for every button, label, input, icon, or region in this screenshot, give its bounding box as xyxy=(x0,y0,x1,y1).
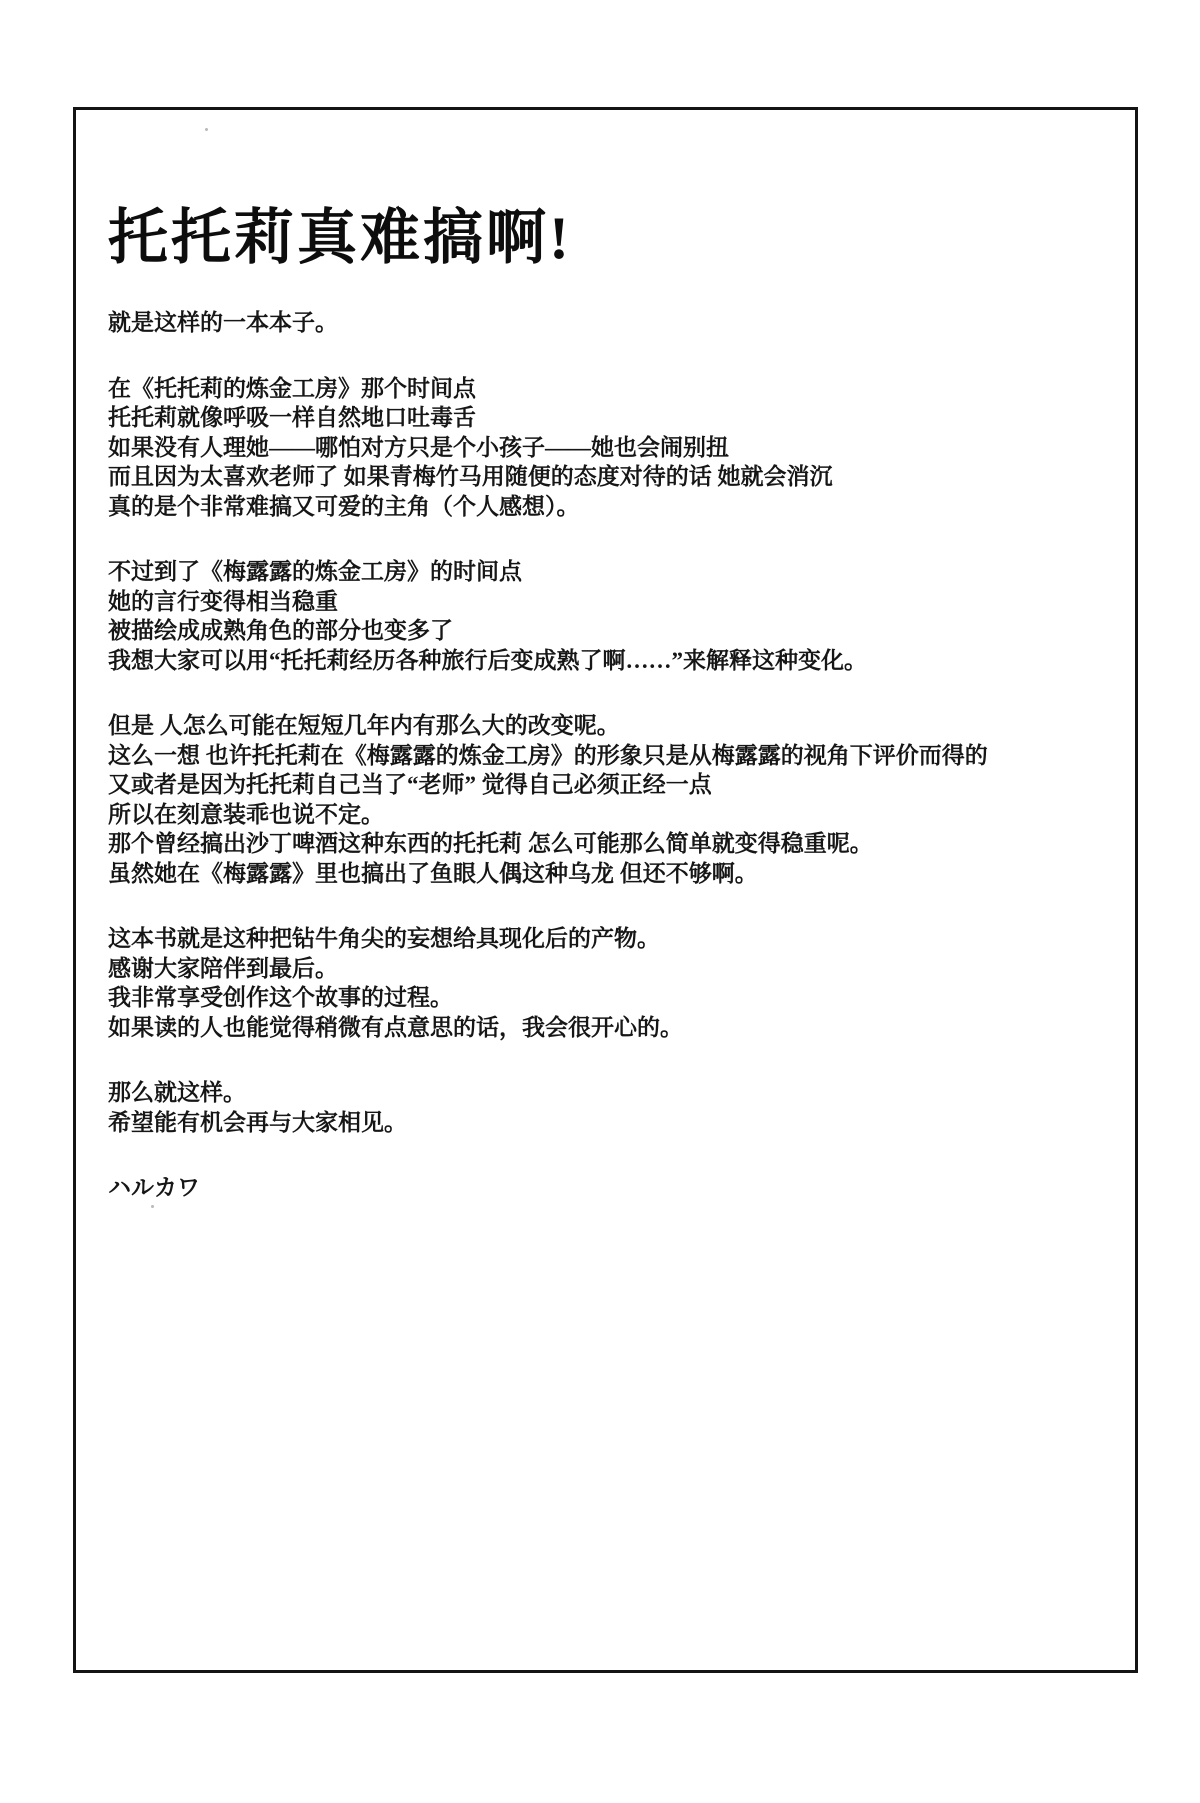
text-line: 真的是个非常难搞又可爱的主角（个人感想）。 xyxy=(108,492,1099,522)
paragraph: 但是 人怎么可能在短短几年内有那么大的改变呢。这么一想 也许托托莉在《梅露露的炼… xyxy=(108,711,1099,888)
page-border-frame: 托托莉真难搞啊! 就是这样的一本本子。在《托托莉的炼金工房》那个时间点托托莉就像… xyxy=(73,107,1138,1673)
text-line: 如果没有人理她——哪怕对方只是个小孩子——她也会闹别扭 xyxy=(108,433,1099,463)
page-content: 托托莉真难搞啊! 就是这样的一本本子。在《托托莉的炼金工房》那个时间点托托莉就像… xyxy=(76,110,1135,1203)
paragraph: 那么就这样。希望能有机会再与大家相见。 xyxy=(108,1078,1099,1137)
paragraph: 不过到了《梅露露的炼金工房》的时间点她的言行变得相当稳重被描绘成成熟角色的部分也… xyxy=(108,557,1099,675)
text-line: 我非常享受创作这个故事的过程。 xyxy=(108,983,1099,1013)
paragraph: 这本书就是这种把钻牛角尖的妄想给具现化后的产物。感谢大家陪伴到最后。我非常享受创… xyxy=(108,924,1099,1042)
scan-speck xyxy=(151,1205,154,1208)
paragraph: 就是这样的一本本子。 xyxy=(108,308,1099,338)
scan-speck xyxy=(205,128,208,131)
signature: ハルカワ xyxy=(108,1173,1099,1203)
text-line: 如果读的人也能觉得稍微有点意思的话，我会很开心的。 xyxy=(108,1013,1099,1043)
text-line: 这么一想 也许托托莉在《梅露露的炼金工房》的形象只是从梅露露的视角下评价而得的 xyxy=(108,741,1099,771)
text-line: 又或者是因为托托莉自己当了“老师” 觉得自己必须正经一点 xyxy=(108,770,1099,800)
text-line: 我想大家可以用“托托莉经历各种旅行后变成熟了啊……”来解释这种变化。 xyxy=(108,646,1099,676)
text-line: 就是这样的一本本子。 xyxy=(108,308,1099,338)
text-line: 这本书就是这种把钻牛角尖的妄想给具现化后的产物。 xyxy=(108,924,1099,954)
text-line: 她的言行变得相当稳重 xyxy=(108,587,1099,617)
text-line: 但是 人怎么可能在短短几年内有那么大的改变呢。 xyxy=(108,711,1099,741)
text-line: 在《托托莉的炼金工房》那个时间点 xyxy=(108,374,1099,404)
text-line: 虽然她在《梅露露》里也搞出了鱼眼人偶这种乌龙 但还不够啊。 xyxy=(108,859,1099,889)
page-title: 托托莉真难搞啊! xyxy=(108,202,1099,274)
text-line: 那个曾经搞出沙丁啤酒这种东西的托托莉 怎么可能那么简单就变得稳重呢。 xyxy=(108,829,1099,859)
text-line: 所以在刻意装乖也说不定。 xyxy=(108,800,1099,830)
text-line: ハルカワ xyxy=(108,1173,1099,1203)
afterword-body: 就是这样的一本本子。在《托托莉的炼金工房》那个时间点托托莉就像呼吸一样自然地口吐… xyxy=(108,308,1099,1203)
text-line: 托托莉就像呼吸一样自然地口吐毒舌 xyxy=(108,403,1099,433)
text-line: 那么就这样。 xyxy=(108,1078,1099,1108)
text-line: 感谢大家陪伴到最后。 xyxy=(108,954,1099,984)
paragraph: 在《托托莉的炼金工房》那个时间点托托莉就像呼吸一样自然地口吐毒舌如果没有人理她—… xyxy=(108,374,1099,522)
text-line: 而且因为太喜欢老师了 如果青梅竹马用随便的态度对待的话 她就会消沉 xyxy=(108,462,1099,492)
text-line: 被描绘成成熟角色的部分也变多了 xyxy=(108,616,1099,646)
text-line: 不过到了《梅露露的炼金工房》的时间点 xyxy=(108,557,1099,587)
text-line: 希望能有机会再与大家相见。 xyxy=(108,1108,1099,1138)
